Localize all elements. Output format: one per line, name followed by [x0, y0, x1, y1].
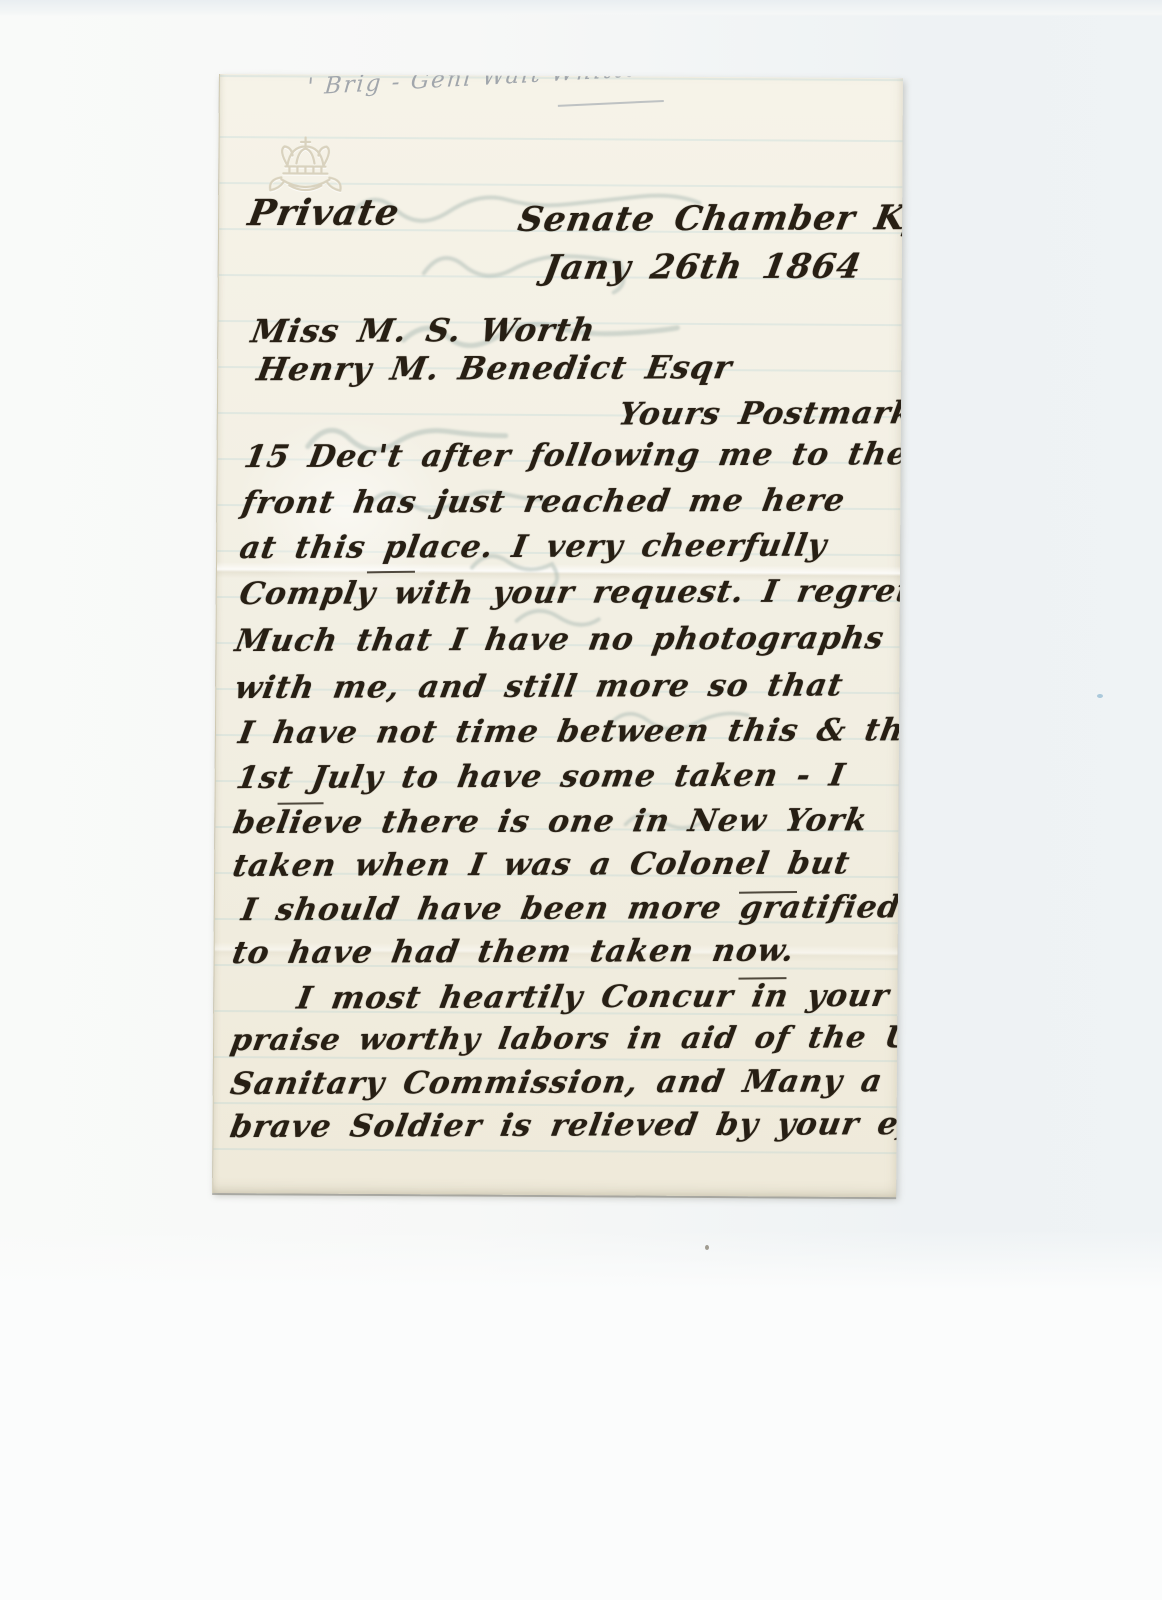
handwritten-line: Yours Postmarked — [616, 395, 903, 432]
handwritten-line: I should have been more gratified — [239, 889, 903, 928]
pencil-annotation: ' Brig - Genl Walt Whittaker — [306, 74, 687, 101]
handwritten-line: Comply with your request. I regret — [237, 573, 903, 612]
handwritten-line: front has just reached me here — [239, 483, 848, 522]
handwritten-line: 1st July to have some taken - I — [234, 757, 849, 796]
letter-classification: Private — [245, 192, 403, 235]
handwritten-line: I most heartily Concur in your — [294, 978, 892, 1017]
underline-mark — [367, 571, 415, 574]
scan-artifact — [1097, 694, 1103, 698]
letter-date: Jany 26th 1864 — [541, 247, 865, 288]
handwritten-line: 15 Dec't after following me to the — [242, 436, 903, 475]
handwritten-line: Much that I have no photographs — [232, 620, 887, 659]
handwritten-line: taken when I was a Colonel but — [230, 845, 853, 884]
handwritten-line: brave Soldier is relieved by your effort… — [227, 1106, 903, 1145]
handwritten-line: praise worthy labors in aid of the U.S. — [228, 1020, 903, 1058]
recipient-line: Miss M. S. Worth — [248, 311, 598, 350]
letter-paper: ' Brig - Genl Walt Whittaker Private Sen… — [212, 74, 903, 1197]
letter-place: Senate Chamber Ky — [515, 198, 903, 240]
handwritten-line: at this place. I very cheerfully — [237, 528, 830, 567]
pencil-underline — [558, 100, 664, 107]
scanned-letter-photo: { "letter": { "pencil_annotation": "' Br… — [0, 0, 1162, 1600]
handwritten-line: with me, and still more so that — [232, 667, 846, 706]
scan-artifact — [705, 1245, 709, 1250]
recipient-line: Henry M. Benedict Esqr — [254, 348, 735, 388]
scan-background — [0, 1230, 1162, 1600]
handwritten-line: to have had them taken now. — [230, 933, 798, 971]
handwritten-line: believe there is one in New York — [230, 802, 870, 841]
handwritten-line: I have not time between this & the — [236, 712, 903, 751]
handwritten-line: Sanitary Commission, and Many a — [228, 1063, 886, 1102]
